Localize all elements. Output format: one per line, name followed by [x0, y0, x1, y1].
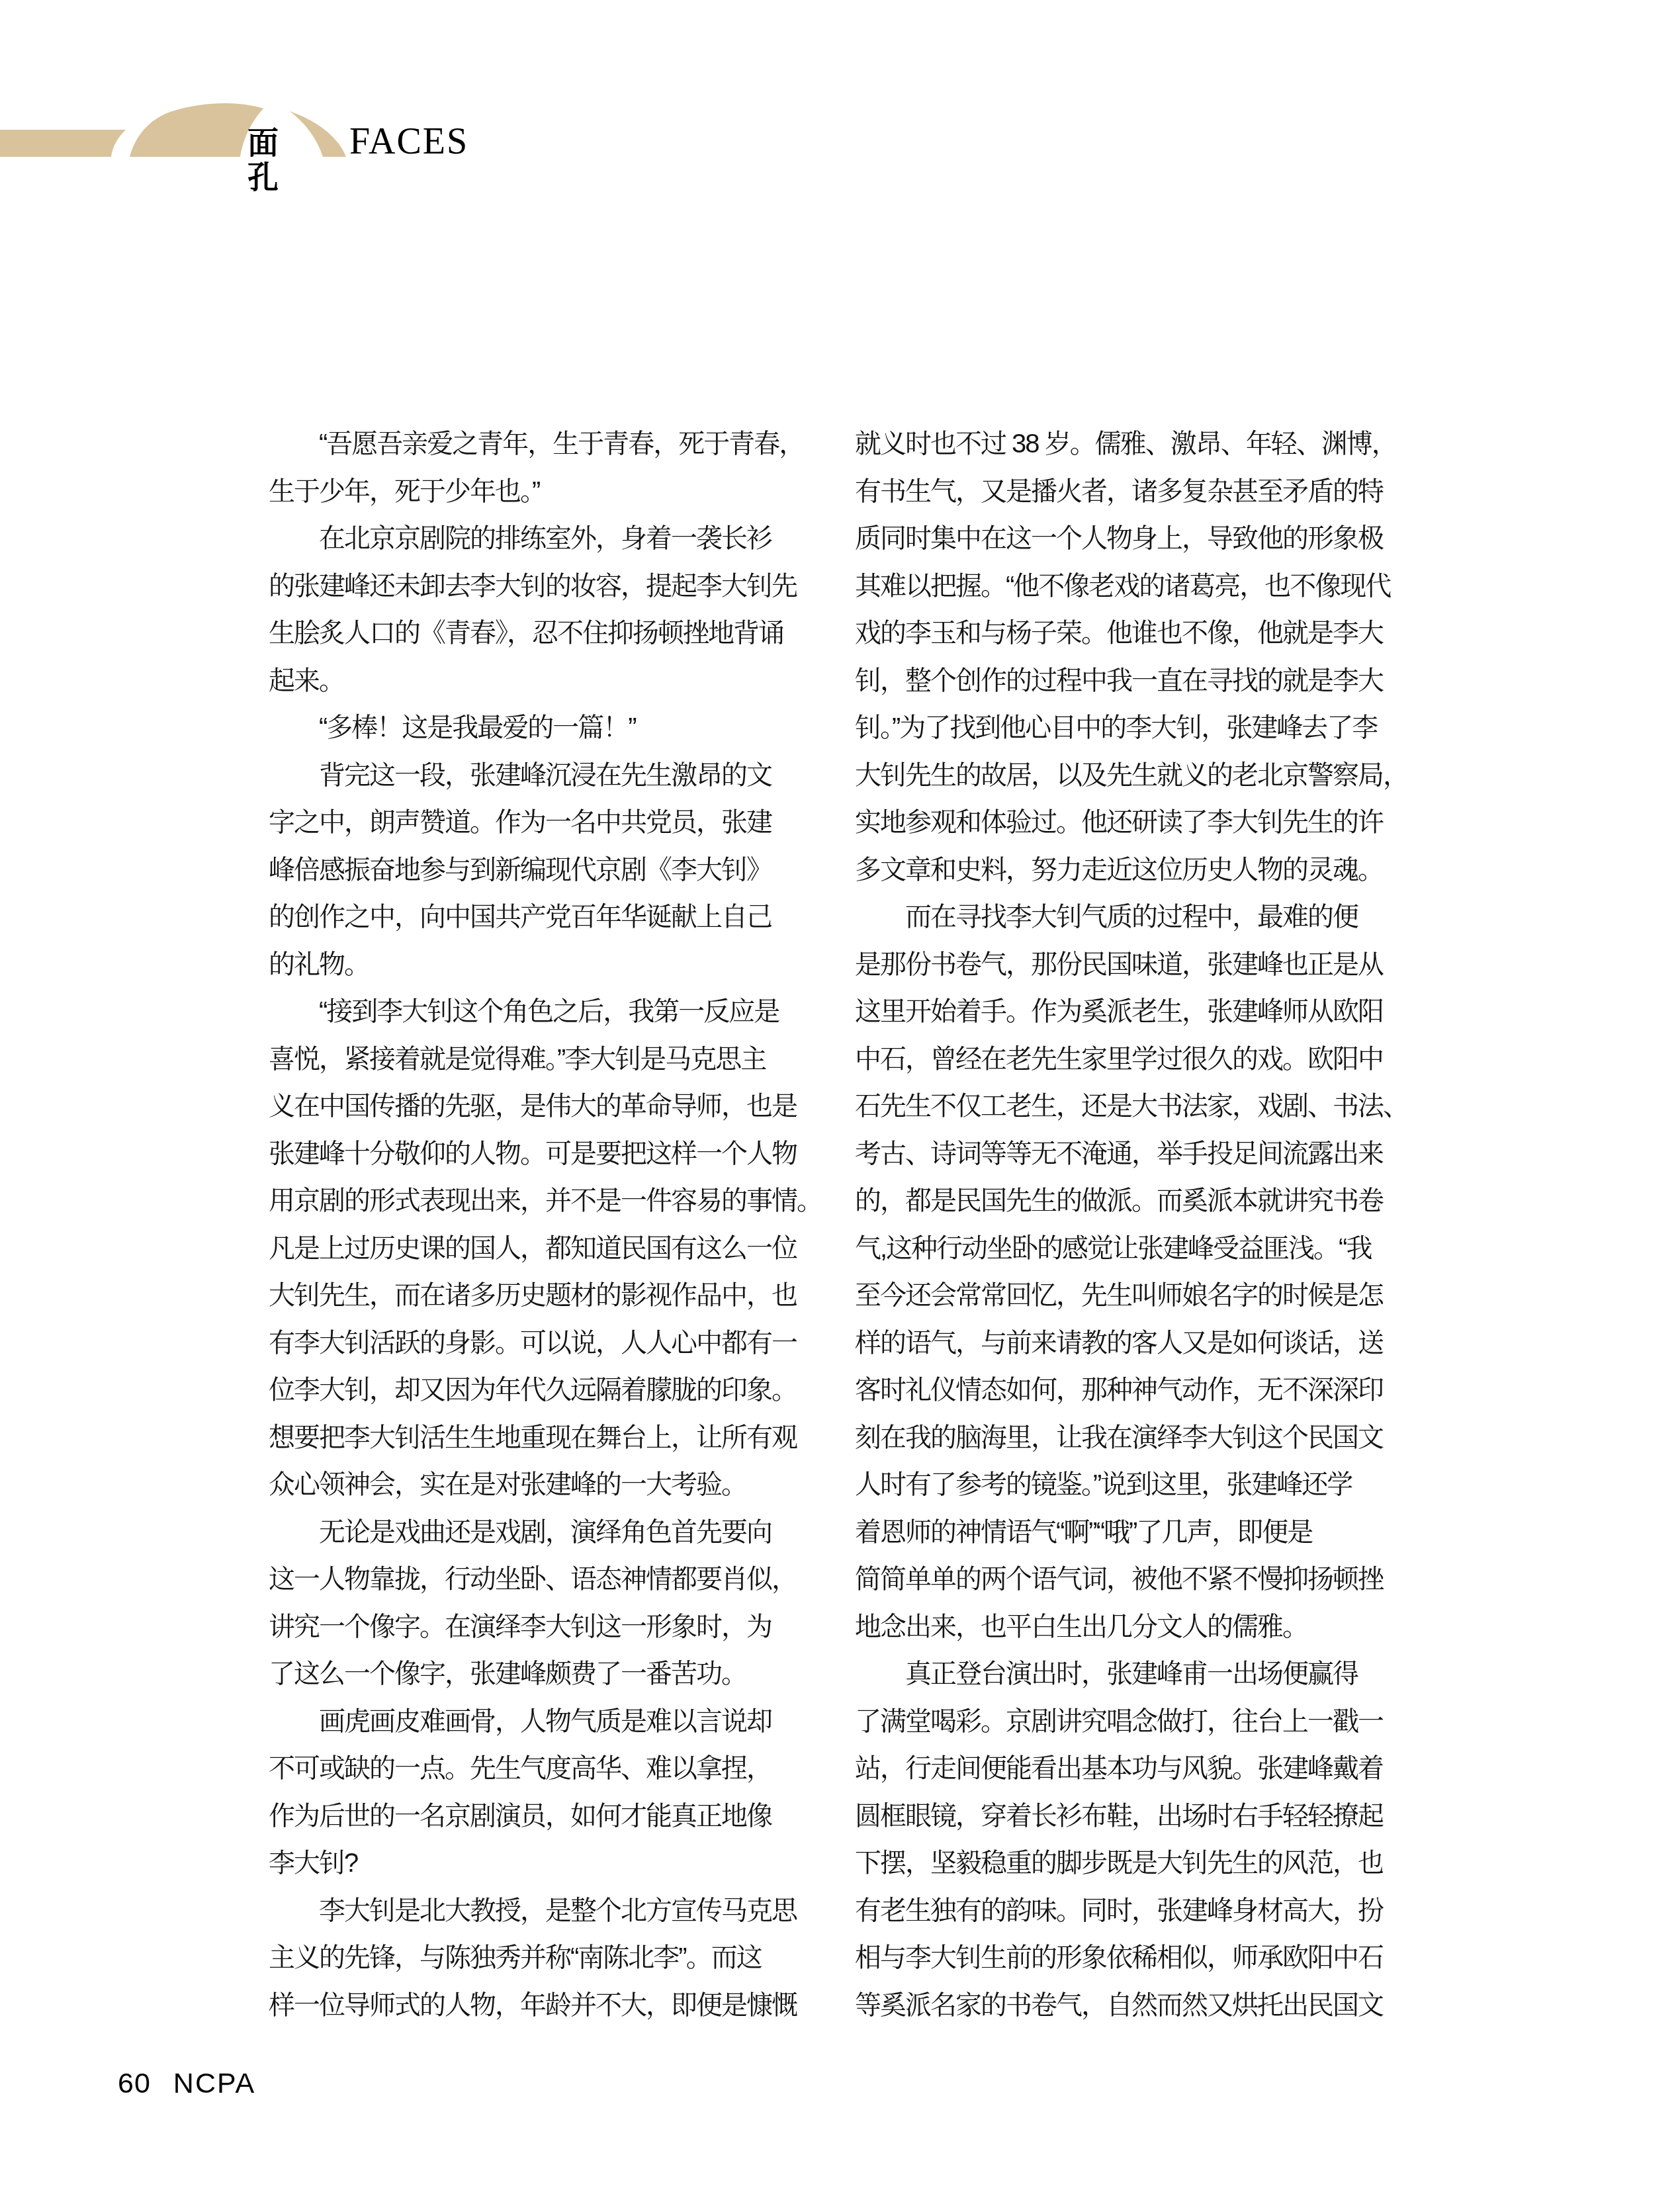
text-line: 样一位导师式的人物，年龄并不大，即便是慷慨 [269, 1982, 809, 2030]
text-line: 至今还会常常回忆，先生叫师娘名字的时候是怎 [855, 1272, 1397, 1320]
text-line: 的张建峰还未卸去李大钊的妆容，提起李大钊先 [269, 563, 809, 611]
text-line: 的礼物。 [269, 941, 809, 989]
text-line: 了满堂喝彩。京剧讲究唱念做打，往台上一戳一 [855, 1698, 1397, 1746]
text-line: 石先生不仅工老生，还是大书法家，戏剧、书法、 [855, 1083, 1397, 1131]
text-line: 张建峰十分敬仰的人物。可是要把这样一个人物 [269, 1131, 809, 1178]
text-line: 真正登台演出时，张建峰甫一出场便赢得 [855, 1651, 1397, 1698]
text-line: 地念出来，也平白生出几分文人的儒雅。 [855, 1604, 1397, 1651]
text-line: 等奚派名家的书卷气，自然而然又烘托出民国文 [855, 1982, 1397, 2030]
text-line: 画虎画皮难画骨，人物气质是难以言说却 [269, 1698, 809, 1746]
text-line: 人时有了参考的镜鉴。”说到这里，张建峰还学 [855, 1462, 1397, 1509]
text-line: 义在中国传播的先驱，是伟大的革命导师，也是 [269, 1083, 809, 1131]
text-line: 字之中，朗声赞道。作为一名中共党员，张建 [269, 799, 809, 847]
text-line: “吾愿吾亲爱之青年，生于青春，死于青春， [269, 421, 809, 468]
text-line: 中石，曾经在老先生家里学过很久的戏。欧阳中 [855, 1036, 1397, 1084]
header-bar-shape [0, 130, 126, 157]
text-line: 圆框眼镜，穿着长衫布鞋，出场时右手轻轻撩起 [855, 1793, 1397, 1841]
text-line: 其难以把握。“他不像老戏的诸葛亮，也不像现代 [855, 563, 1397, 611]
text-line: 而在寻找李大钊气质的过程中，最难的便 [855, 894, 1397, 941]
text-line: 样的语气，与前来请教的客人又是如何谈话，送 [855, 1320, 1397, 1368]
text-line: 不可或缺的一点。先生气度高华、难以拿捏， [269, 1745, 809, 1793]
text-line: 主义的先锋，与陈独秀并称“南陈北李”。而这 [269, 1935, 809, 1982]
text-line: 气,这种行动坐卧的感觉让张建峰受益匪浅。“我 [855, 1225, 1397, 1273]
text-line: 钊，整个创作的过程中我一直在寻找的就是李大 [855, 658, 1397, 705]
text-line: 下摆，坚毅稳重的脚步既是大钊先生的风范，也 [855, 1840, 1397, 1888]
text-line: 这里开始着手。作为奚派老生，张建峰师从欧阳 [855, 988, 1397, 1036]
text-line: 站，行走间便能看出基本功与风貌。张建峰戴着 [855, 1745, 1397, 1793]
text-line: 背完这一段，张建峰沉浸在先生激昂的文 [269, 752, 809, 800]
text-line: 无论是戏曲还是戏剧，演绎角色首先要向 [269, 1509, 809, 1557]
text-line: 考古、诗词等等无不淹通，举手投足间流露出来 [855, 1131, 1397, 1178]
text-line: 峰倍感振奋地参与到新编现代京剧《李大钊》 [269, 847, 809, 895]
text-line: 是那份书卷气，那份民国味道，张建峰也正是从 [855, 941, 1397, 989]
text-line: 众心领神会，实在是对张建峰的一大考验。 [269, 1462, 809, 1509]
text-line: 实地参观和体验过。他还研读了李大钊先生的许 [855, 799, 1397, 847]
article-column-left: “吾愿吾亲爱之青年，生于青春，死于青春，生于少年，死于少年也。” 在北京京剧院的… [269, 421, 809, 2029]
text-line: 质同时集中在这一个人物身上，导致他的形象极 [855, 515, 1397, 563]
text-line: 客时礼仪情态如何，那种神气动作，无不深深印 [855, 1367, 1397, 1415]
text-line: 就义时也不过 38 岁。儒雅、激昂、年轻、渊博， [855, 421, 1397, 468]
text-line: 李大钊? [269, 1840, 809, 1888]
text-line: 用京剧的形式表现出来，并不是一件容易的事情。 [269, 1178, 809, 1225]
page-number: 60 [118, 2068, 151, 2099]
text-line: 凡是上过历史课的国人，都知道民国有这么一位 [269, 1225, 809, 1273]
header-wing-shape [130, 103, 263, 157]
page-footer: 60NCPA [118, 2067, 255, 2100]
text-line: 的，都是民国先生的做派。而奚派本就讲究书卷 [855, 1178, 1397, 1225]
text-line: 简简单单的两个语气词，被他不紧不慢抑扬顿挫 [855, 1556, 1397, 1604]
text-line: 有书生气，又是播火者，诸多复杂甚至矛盾的特 [855, 468, 1397, 516]
journal-name: NCPA [173, 2068, 255, 2099]
magazine-page: { "page": { "header": { "section_title_z… [0, 0, 1680, 2188]
text-line: 的创作之中，向中国共产党百年华诞献上自己 [269, 894, 809, 941]
text-line: 了这么一个像字，张建峰颇费了一番苦功。 [269, 1651, 809, 1698]
text-line: 喜悦，紧接着就是觉得难。”李大钊是马克思主 [269, 1036, 809, 1084]
text-line: “接到李大钊这个角色之后，我第一反应是 [269, 988, 809, 1036]
text-line: 生脍炙人口的《青春》，忍不住抑扬顿挫地背诵 [269, 610, 809, 658]
text-line: 讲究一个像字。在演绎李大钊这一形象时，为 [269, 1604, 809, 1651]
text-line: 想要把李大钊活生生地重现在舞台上，让所有观 [269, 1415, 809, 1462]
text-line: 大钊先生的故居，以及先生就义的老北京警察局， [855, 752, 1397, 800]
text-line: 这一人物靠拢，行动坐卧、语态神情都要肖似， [269, 1556, 809, 1604]
text-line: 李大钊是北大教授，是整个北方宣传马克思 [269, 1888, 809, 1935]
text-line: 着恩师的神情语气“啊”“哦”了几声，即便是 [855, 1509, 1397, 1557]
text-line: “多棒！这是我最爱的一篇！” [269, 705, 809, 752]
text-line: 生于少年，死于少年也。” [269, 468, 809, 516]
text-line: 在北京京剧院的排练室外，身着一袭长衫 [269, 515, 809, 563]
text-line: 刻在我的脑海里，让我在演绎李大钊这个民国文 [855, 1415, 1397, 1462]
text-line: 钊。”为了找到他心目中的李大钊，张建峰去了李 [855, 705, 1397, 752]
text-line: 起来。 [269, 658, 809, 705]
text-line: 大钊先生，而在诸多历史题材的影视作品中，也 [269, 1272, 809, 1320]
text-line: 位李大钊，却又因为年代久远隔着朦胧的印象。 [269, 1367, 809, 1415]
section-title-en: FACES [349, 123, 468, 160]
text-line: 戏的李玉和与杨子荣。他谁也不像，他就是李大 [855, 610, 1397, 658]
text-line: 多文章和史料，努力走近这位历史人物的灵魂。 [855, 847, 1397, 895]
text-line: 作为后世的一名京剧演员，如何才能真正地像 [269, 1793, 809, 1841]
article-column-right: 就义时也不过 38 岁。儒雅、激昂、年轻、渊博，有书生气，又是播火者，诸多复杂甚… [855, 421, 1397, 2029]
text-line: 有老生独有的韵味。同时，张建峰身材高大，扮 [855, 1888, 1397, 1935]
text-line: 有李大钊活跃的身影。可以说，人人心中都有一 [269, 1320, 809, 1368]
section-title-zh: 面孔 [247, 126, 314, 160]
text-line: 相与李大钊生前的形象依稀相似，师承欧阳中石 [855, 1935, 1397, 1982]
